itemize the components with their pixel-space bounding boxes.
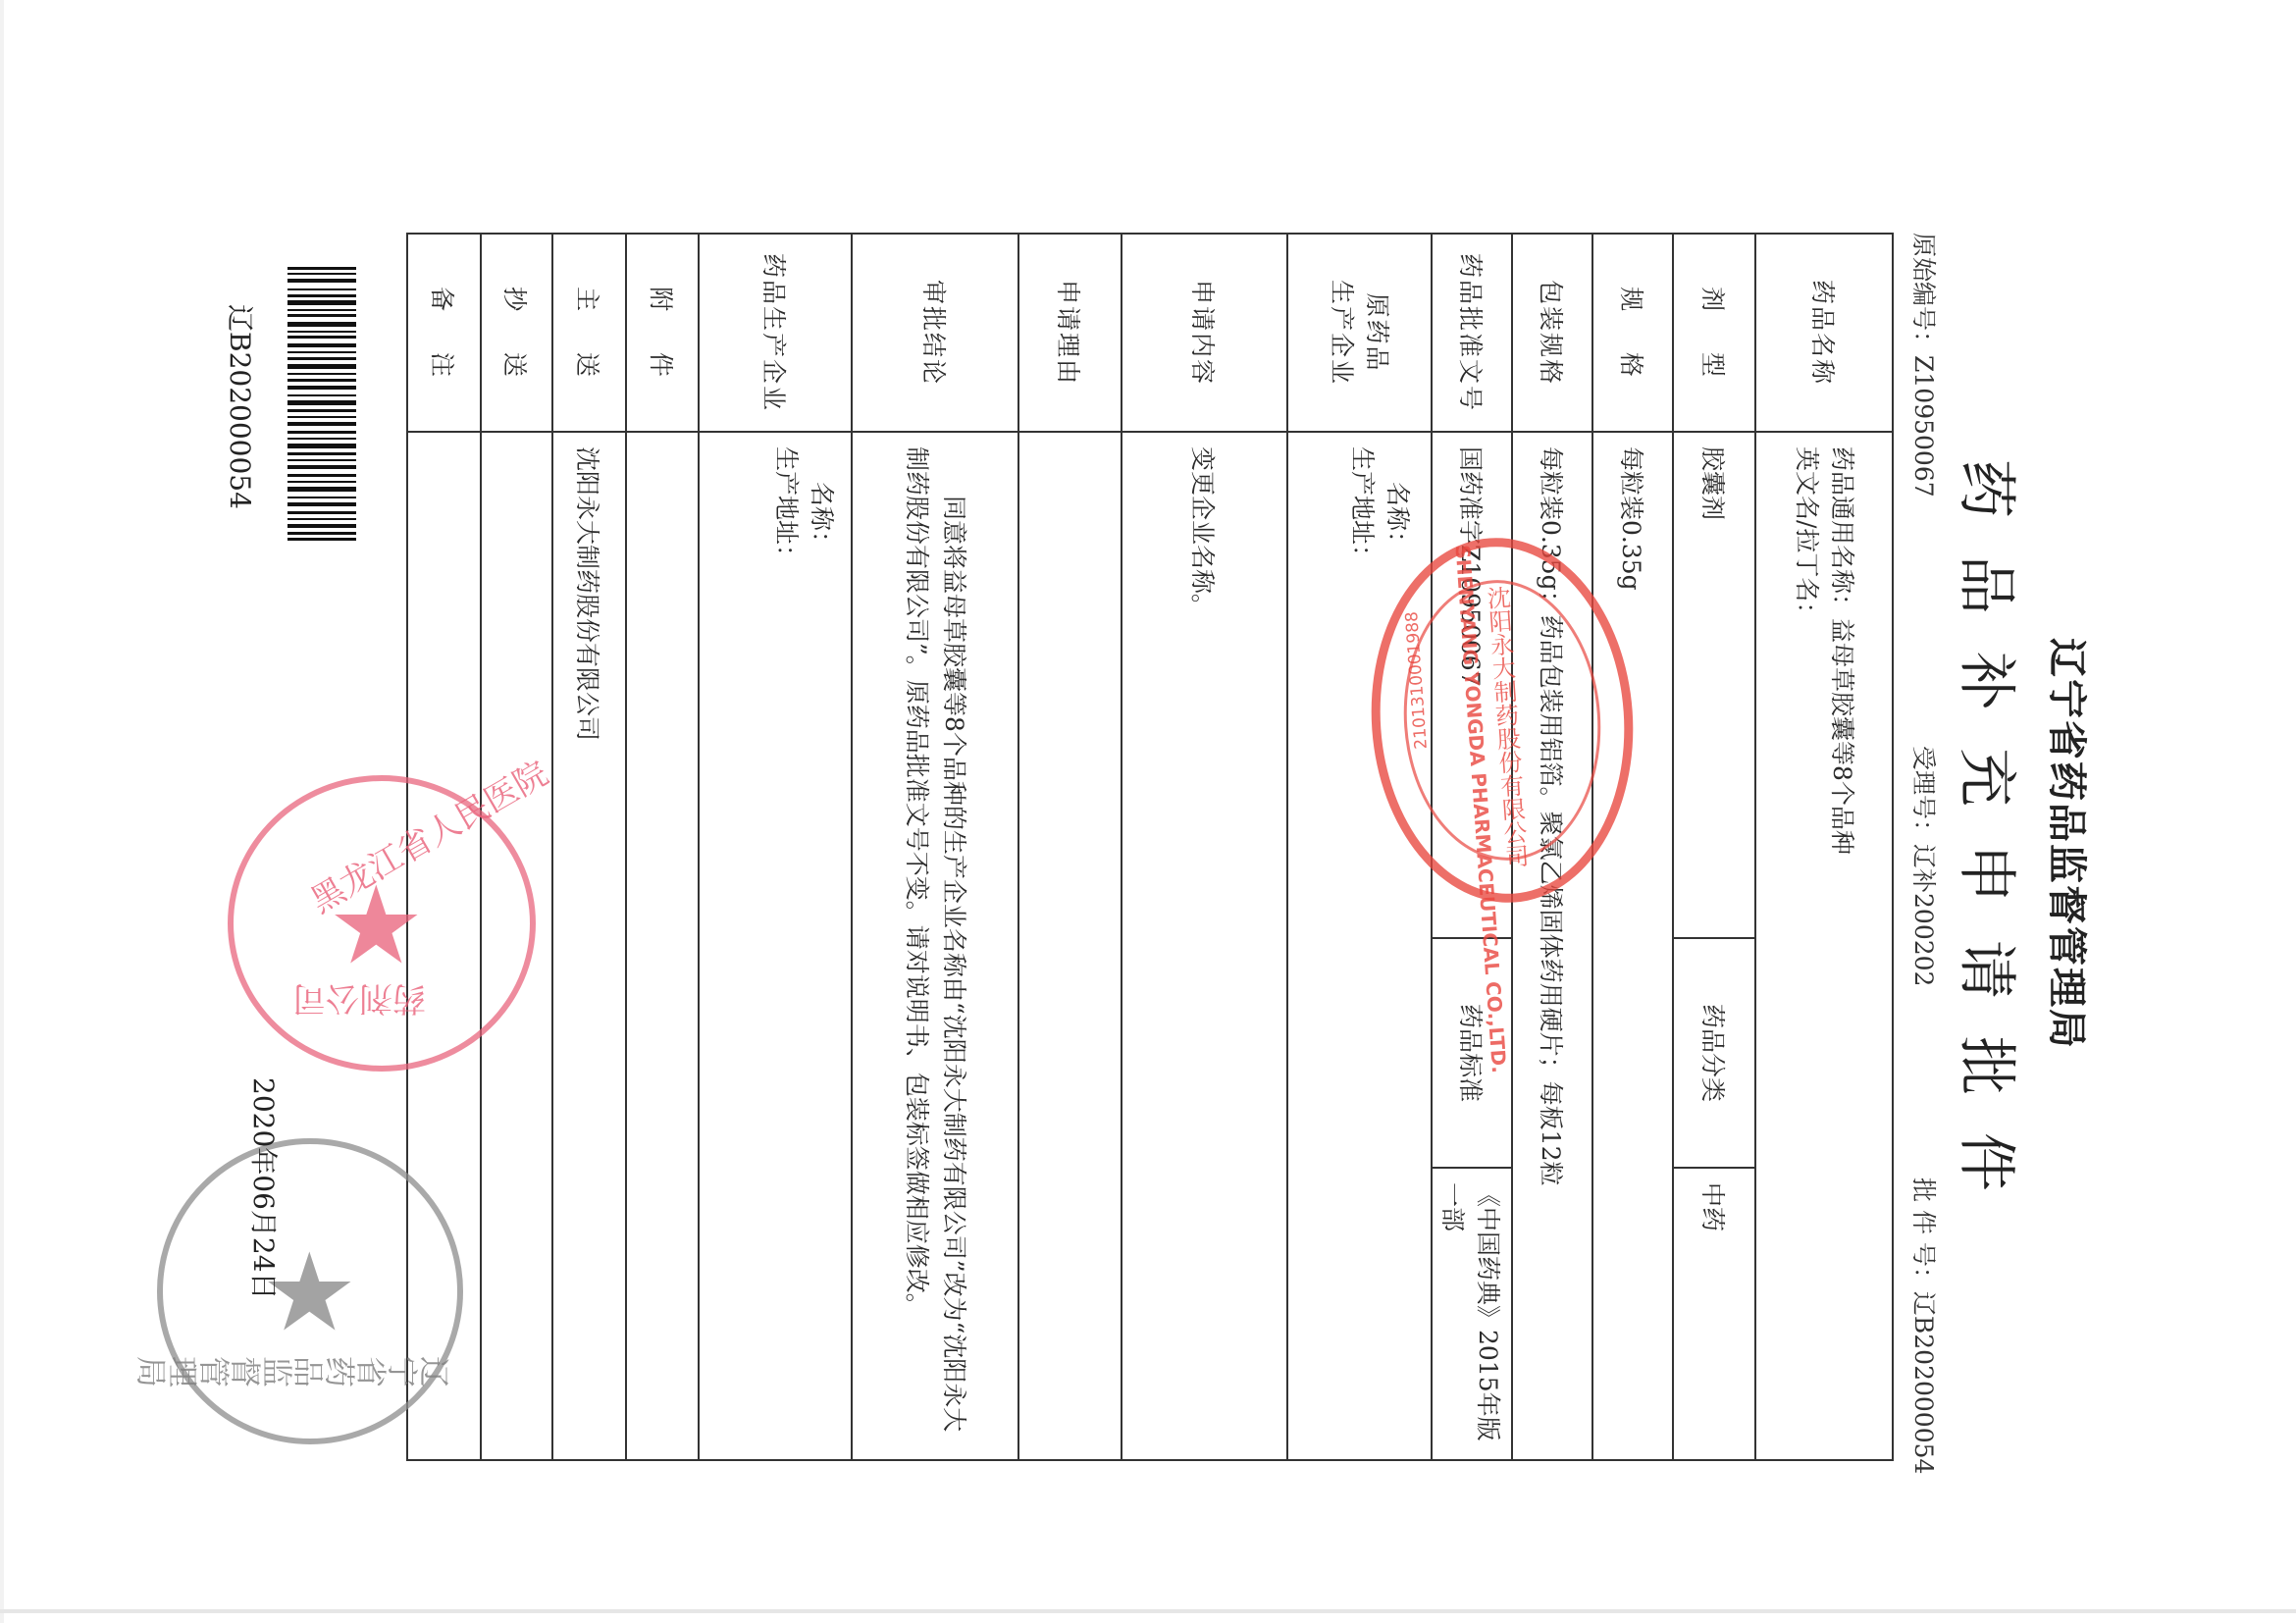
application-reason-value	[1018, 432, 1122, 1460]
approval-document: 辽宁省药品监督管理局 药品补充申请批件 原始编号：Z10950067 受理号：辽…	[177, 196, 2100, 1492]
original-manufacturer-address-label: 生产地址：	[1344, 446, 1380, 1445]
row-application-content: 申请内容 变更企业名称。	[1122, 234, 1287, 1460]
drug-category-label: 药品分类	[1673, 938, 1755, 1168]
row-specification: 规 格 每粒装0.35g	[1592, 234, 1673, 1460]
dosage-form-value: 胶囊剂	[1673, 432, 1755, 938]
approval-form-table: 药品名称 药品通用名称：益母草胶囊等8个品种 英文名/拉丁名： 剂 型 胶囊剂 …	[406, 233, 1894, 1461]
approval-doc-label: 药品批准文号	[1432, 234, 1512, 432]
manufacturer-cell: 名称： 生产地址：	[699, 432, 852, 1460]
generic-name-label: 药品通用名称：	[1828, 446, 1856, 618]
english-name: 英文名/拉丁名：	[1789, 446, 1824, 1445]
original-manufacturer-label-line1: 原药品	[1360, 240, 1395, 425]
row-cc: 抄 送	[481, 234, 552, 1460]
row-application-reason: 申请理由	[1018, 234, 1122, 1460]
row-manufacturer: 药品生产企业 名称： 生产地址：	[699, 234, 852, 1460]
attachment-label: 附 件	[626, 234, 699, 432]
packaging-value: 每粒装0.35g；药品包装用铝箔。聚氯乙烯固体药用硬片；每板12粒	[1512, 432, 1592, 1460]
original-manufacturer-cell: 名称： 生产地址：	[1287, 432, 1432, 1460]
approval-number: 批 件 号：辽B202000054	[1907, 1178, 1943, 1474]
manufacturer-address-label: 生产地址：	[768, 446, 804, 1445]
document-title: 药品补充申请批件	[1949, 196, 2033, 1492]
issue-date: 2020年06月24日	[245, 1077, 285, 1300]
conclusion-label: 审批结论	[852, 234, 1018, 432]
approval-doc-value: 国药准字Z10950067	[1432, 432, 1512, 938]
acceptance-number: 受理号：辽补200202	[1907, 746, 1943, 986]
row-approval-doc: 药品批准文号 国药准字Z10950067 药品标准 《中国药典》2015年版一部	[1432, 234, 1512, 1460]
cc-label: 抄 送	[481, 234, 552, 432]
drug-standard-label: 药品标准	[1432, 938, 1512, 1168]
packaging-label: 包装规格	[1512, 234, 1592, 432]
original-number: 原始编号：Z10950067	[1907, 233, 1943, 497]
manufacturer-label: 药品生产企业	[699, 234, 852, 432]
drug-category-value: 中药	[1673, 1168, 1755, 1460]
specification-label: 规 格	[1592, 234, 1673, 432]
specification-value: 每粒装0.35g	[1592, 432, 1673, 1460]
approval-number-value: 辽B202000054	[1909, 1291, 1938, 1475]
agency-name: 辽宁省药品监督管理局	[2042, 196, 2098, 1492]
remarks-value	[407, 432, 481, 1460]
application-content-label: 申请内容	[1122, 234, 1287, 432]
original-manufacturer-label-line2: 生产企业	[1325, 240, 1360, 425]
row-dosage-form: 剂 型 胶囊剂 药品分类 中药	[1673, 234, 1755, 1460]
drug-name-label: 药品名称	[1755, 234, 1893, 432]
approval-number-label: 批 件 号：	[1909, 1178, 1938, 1291]
row-original-manufacturer: 原药品 生产企业 名称： 生产地址：	[1287, 234, 1432, 1460]
attachment-value	[626, 432, 699, 1460]
drug-standard-value: 《中国药典》2015年版一部	[1432, 1168, 1512, 1460]
conclusion-value: 同意将益母草胶囊等8个品种的生产企业名称由“沈阳永大制药有限公司”改为“沈阳永大…	[852, 432, 1018, 1460]
barcode	[287, 267, 356, 542]
scan-edge-bottom	[0, 1609, 2296, 1613]
original-number-label: 原始编号：	[1909, 233, 1938, 355]
row-packaging: 包装规格 每粒装0.35g；药品包装用铝箔。聚氯乙烯固体药用硬片；每板12粒	[1512, 234, 1592, 1460]
main-recipient-value: 沈阳永大制药股份有限公司	[552, 432, 626, 1460]
generic-name: 药品通用名称：益母草胶囊等8个品种	[1824, 446, 1859, 1445]
barcode-text: 辽B202000054	[222, 304, 261, 509]
acceptance-number-value: 辽补200202	[1909, 844, 1938, 986]
application-content-value: 变更企业名称。	[1122, 432, 1287, 1460]
row-main-recipient: 主 送 沈阳永大制药股份有限公司	[552, 234, 626, 1460]
application-reason-label: 申请理由	[1018, 234, 1122, 432]
row-conclusion: 审批结论 同意将益母草胶囊等8个品种的生产企业名称由“沈阳永大制药有限公司”改为…	[852, 234, 1018, 1460]
drug-name-cell: 药品通用名称：益母草胶囊等8个品种 英文名/拉丁名：	[1755, 432, 1893, 1460]
original-manufacturer-label: 原药品 生产企业	[1287, 234, 1432, 432]
manufacturer-name-label: 名称：	[804, 446, 839, 1445]
remarks-label: 备 注	[407, 234, 481, 432]
original-manufacturer-name-label: 名称：	[1380, 446, 1415, 1445]
scan-edge-left	[0, 0, 4, 1623]
cc-value	[481, 432, 552, 1460]
main-recipient-label: 主 送	[552, 234, 626, 432]
row-drug-name: 药品名称 药品通用名称：益母草胶囊等8个品种 英文名/拉丁名：	[1755, 234, 1893, 1460]
dosage-form-label: 剂 型	[1673, 234, 1755, 432]
row-attachment: 附 件	[626, 234, 699, 1460]
generic-name-value: 益母草胶囊等8个品种	[1828, 618, 1856, 855]
row-remarks: 备 注	[407, 234, 481, 1460]
english-name-label: 英文名/拉丁名：	[1793, 446, 1821, 626]
acceptance-number-label: 受理号：	[1909, 746, 1938, 844]
original-number-value: Z10950067	[1909, 355, 1938, 497]
